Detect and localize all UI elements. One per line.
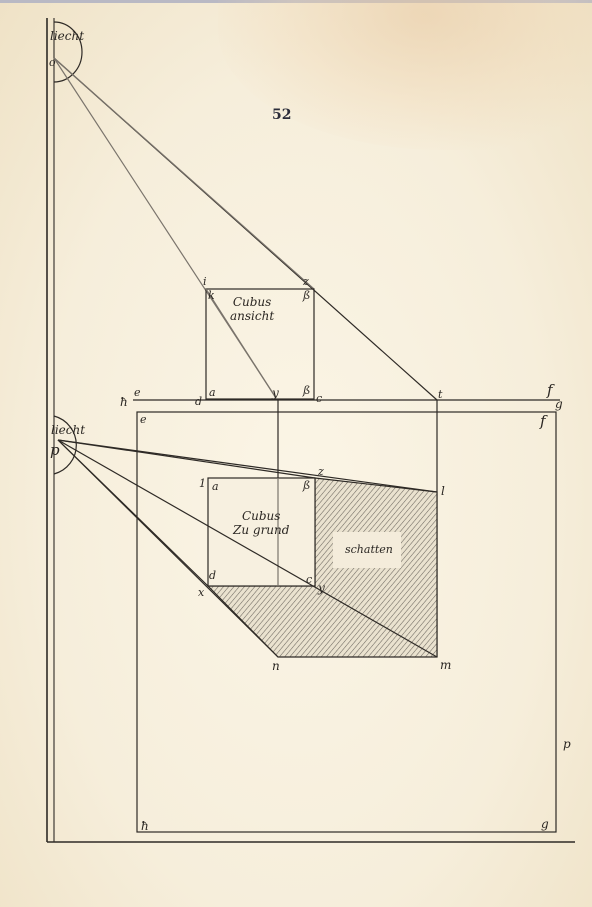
- label-f-plan: f: [540, 414, 546, 429]
- label-b-plan: ß: [303, 480, 310, 491]
- shadow-caption: schatten: [345, 544, 393, 555]
- book-page: 52 liecht o liecht p Cubus ansicht i z k…: [0, 0, 592, 907]
- label-a-plan: a: [212, 481, 219, 492]
- label-t: t: [438, 389, 442, 400]
- plan-caption-line2: Zu grund: [233, 524, 289, 538]
- label-c-plan: c: [306, 574, 312, 585]
- label-i: i: [203, 276, 207, 287]
- label-h-bottom: ħ: [141, 820, 149, 832]
- label-1: 1: [199, 478, 206, 489]
- elevation-caption: Cubus ansicht: [230, 296, 274, 324]
- label-g-top: g: [555, 398, 563, 410]
- label-d-elev: d: [195, 396, 202, 407]
- label-e-top: e: [134, 387, 141, 398]
- label-e-plan: e: [140, 414, 147, 425]
- light-source-label-top: liecht: [50, 30, 84, 42]
- light-point-p: p: [50, 443, 60, 458]
- elevation-caption-line1: Cubus: [230, 296, 274, 310]
- label-a-elev: a: [209, 387, 216, 398]
- label-l: l: [441, 485, 445, 497]
- page-number: 52: [272, 108, 291, 122]
- plan-caption: Cubus Zu grund: [233, 510, 289, 538]
- ray-top-3: [54, 58, 314, 289]
- label-n: n: [272, 660, 280, 672]
- label-y-plan: y: [318, 582, 325, 594]
- label-z-plan: z: [318, 466, 324, 477]
- label-f-top: f: [547, 383, 553, 398]
- label-p-right: p: [563, 738, 571, 750]
- elevation-caption-line2: ansicht: [230, 310, 274, 324]
- label-g-bottom: g: [541, 818, 549, 830]
- label-x: x: [198, 587, 204, 598]
- label-d-plan: d: [209, 570, 216, 581]
- label-c-elev: c: [316, 393, 322, 404]
- label-k: k: [208, 290, 215, 301]
- label-s: ß: [303, 290, 310, 301]
- light-source-label-middle: liecht: [51, 424, 85, 436]
- light-point-o: o: [49, 57, 56, 68]
- label-z: z: [303, 276, 309, 287]
- label-y-elev: y: [272, 387, 279, 399]
- plan-caption-line1: Cubus: [233, 510, 289, 524]
- label-h-top: ħ: [120, 396, 128, 408]
- label-m: m: [440, 659, 451, 671]
- perspective-shadow-diagram: [0, 0, 592, 907]
- label-b-elev: ß: [303, 385, 310, 396]
